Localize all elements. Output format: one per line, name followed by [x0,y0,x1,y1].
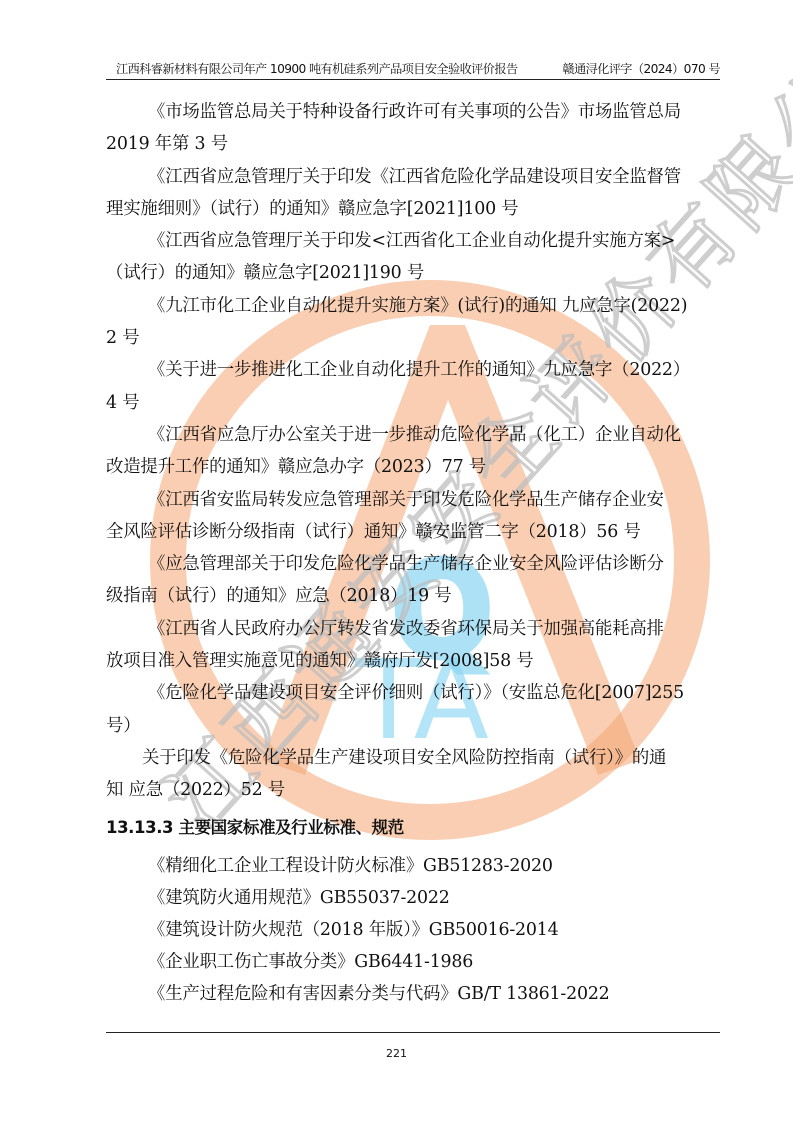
regulation-item: 《市场监管总局关于特种设备行政许可有关事项的公告》市场监管总局 2019 年第 … [106,96,720,161]
regulation-item: 《江西省安监局转发应急管理部关于印发危险化学品生产储存企业安 全风险评估诊断分级… [106,484,720,549]
regulation-text: 全风险评估诊断分级指南（试行）通知》赣安监管二字（2018）56 号 [106,516,720,548]
standards-list: 《精细化工企业工程设计防火标准》GB51283-2020 《建筑防火通用规范》G… [106,850,720,1010]
regulation-text: 4 号 [106,387,720,419]
regulation-text: 《市场监管总局关于特种设备行政许可有关事项的公告》市场监管总局 [106,96,720,128]
regulation-text: 《江西省应急管理厅关于印发<江西省化工企业自动化提升实施方案> [106,225,720,257]
document-page: 江西科睿新材料有限公司年产 10900 吨有机硅系列产品项目安全验收评价报告 赣… [0,0,793,1122]
regulation-item: 《江西省人民政府办公厅转发省发改委省环保局关于加强高能耗高排 放项目准入管理实施… [106,613,720,678]
regulation-text: 号） [106,710,720,742]
regulation-text: 级指南（试行）的通知》应急（2018）19 号 [106,580,720,612]
header-divider [106,79,720,80]
regulation-item: 关于印发《危险化学品生产建设项目安全风险防控指南（试行）》的通 知 应急（202… [106,742,720,807]
footer-divider [106,1032,720,1033]
regulation-text: 关于印发《危险化学品生产建设项目安全风险防控指南（试行）》的通 [106,742,720,774]
regulation-text: 《江西省人民政府办公厅转发省发改委省环保局关于加强高能耗高排 [106,613,720,645]
regulation-item: 《九江市化工企业自动化提升实施方案》(试行)的通知 九应急字(2022) 2 号 [106,290,720,355]
regulation-item: 《关于进一步推进化工企业自动化提升工作的通知》九应急字（2022） 4 号 [106,354,720,419]
standard-item: 《建筑防火通用规范》GB55037-2022 [106,882,720,914]
section-heading: 13.13.3 主要国家标准及行业标准、规范 [106,808,720,848]
regulation-text: 知 应急（2022）52 号 [106,774,720,806]
regulation-text: （试行）的通知》赣应急字[2021]190 号 [106,257,720,289]
regulation-text: 2019 年第 3 号 [106,128,720,160]
page-header: 江西科睿新材料有限公司年产 10900 吨有机硅系列产品项目安全验收评价报告 赣… [108,58,720,78]
regulation-text: 理实施细则》（试行）的通知》赣应急字[2021]100 号 [106,193,720,225]
report-number: 赣通浔化评字（2024）070 号 [562,60,720,77]
document-body: 《市场监管总局关于特种设备行政许可有关事项的公告》市场监管总局 2019 年第 … [106,96,720,1010]
standard-item: 《企业职工伤亡事故分类》GB6441-1986 [106,946,720,978]
regulation-text: 放项目准入管理实施意见的通知》赣府厅发[2008]58 号 [106,645,720,677]
regulation-text: 《关于进一步推进化工企业自动化提升工作的通知》九应急字（2022） [106,354,720,386]
regulation-text: 2 号 [106,322,720,354]
regulation-text: 《江西省安监局转发应急管理部关于印发危险化学品生产储存企业安 [106,484,720,516]
regulation-text: 《九江市化工企业自动化提升实施方案》(试行)的通知 九应急字(2022) [106,290,720,322]
standard-item: 《建筑设计防火规范（2018 年版）》GB50016-2014 [106,914,720,946]
regulation-item: 《江西省应急管理厅关于印发<江西省化工企业自动化提升实施方案> （试行）的通知》… [106,225,720,290]
regulation-item: 《江西省应急管理厅关于印发《江西省危险化学品建设项目安全监督管 理实施细则》（试… [106,161,720,226]
regulation-item: 《江西省应急厅办公室关于进一步推动危险化学品（化工）企业自动化 改造提升工作的通… [106,419,720,484]
regulation-text: 《江西省应急厅办公室关于进一步推动危险化学品（化工）企业自动化 [106,419,720,451]
regulation-text: 《江西省应急管理厅关于印发《江西省危险化学品建设项目安全监督管 [106,161,720,193]
standard-item: 《生产过程危险和有害因素分类与代码》GB/T 13861-2022 [106,978,720,1010]
standard-item: 《精细化工企业工程设计防火标准》GB51283-2020 [106,850,720,882]
regulation-text: 改造提升工作的通知》赣应急办字（2023）77 号 [106,451,720,483]
regulation-item: 《危险化学品建设项目安全评价细则（试行）》（安监总危化[2007]255 号） [106,677,720,742]
regulation-item: 《应急管理部关于印发危险化学品生产储存企业安全风险评估诊断分 级指南（试行）的通… [106,548,720,613]
regulation-text: 《危险化学品建设项目安全评价细则（试行）》（安监总危化[2007]255 [106,677,720,709]
regulation-text: 《应急管理部关于印发危险化学品生产储存企业安全风险评估诊断分 [106,548,720,580]
page-number: 221 [0,1047,793,1060]
report-title: 江西科睿新材料有限公司年产 10900 吨有机硅系列产品项目安全验收评价报告 [116,60,518,77]
